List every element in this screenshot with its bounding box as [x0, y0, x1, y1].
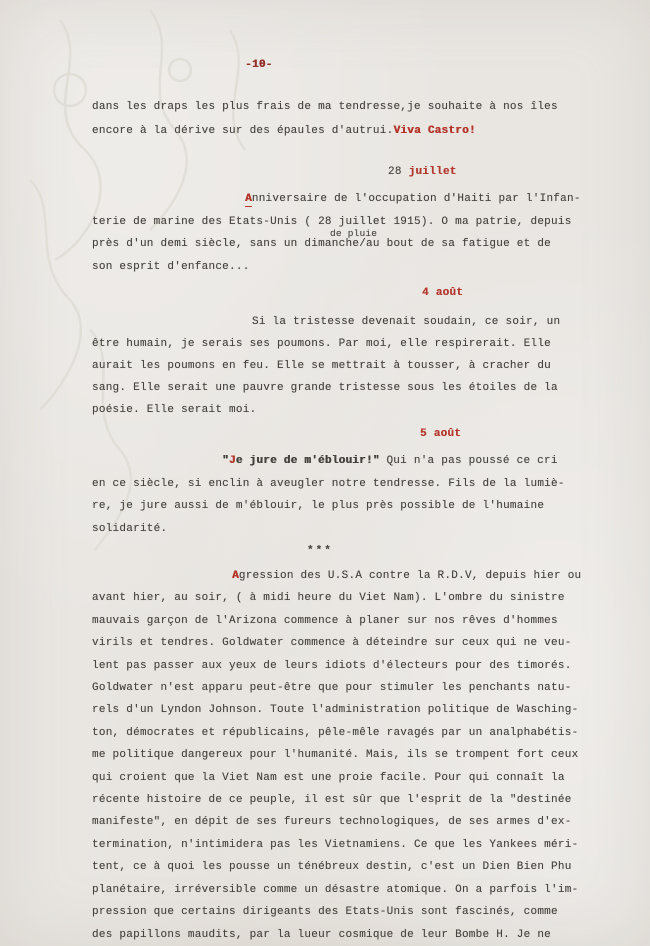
- diary-line: aurait les poumons en feu. Elle se mettr…: [92, 355, 572, 377]
- diary-line: des papillons maudits, par la lueur cosm…: [92, 924, 572, 946]
- diary-line: planétaire, irréversible comme un désast…: [92, 879, 572, 901]
- diary-line: mauvais garçon de l'Arizona commence à p…: [92, 610, 572, 632]
- diary-line: qui croient que la Viet Nam est une proi…: [92, 767, 572, 789]
- date-heading-28-juillet: 28 juillet: [388, 161, 572, 184]
- page-number: -10-: [245, 54, 572, 77]
- diary-line: récente histoire de ce peuple, il est sû…: [92, 789, 572, 811]
- page-content: -10- dans les draps les plus frais de ma…: [0, 0, 650, 946]
- diary-line: Anniversaire de l'occupation d'Haiti par…: [92, 188, 572, 211]
- diary-line: en ce siècle, si enclin à aveugler notre…: [92, 473, 572, 496]
- diary-line: Goldwater n'est apparu peut-être que pou…: [92, 677, 572, 699]
- line-text: encore à la dérive sur des épaules d'aut…: [92, 125, 393, 137]
- diary-line: "Je jure de m'éblouir!" Qui n'a pas pous…: [92, 450, 572, 473]
- entry-paragraph-28-juillet: Anniversaire de l'occupation d'Haiti par…: [92, 188, 572, 278]
- diary-line: Si la tristesse devenait soudain, ce soi…: [92, 311, 572, 333]
- diary-line: avant hier, au soir, ( à midi heure du V…: [92, 587, 572, 609]
- diary-line: lent pas passer aux yeux de leurs idiots…: [92, 655, 572, 677]
- entry-paragraph-4-aout: Si la tristesse devenait soudain, ce soi…: [92, 311, 572, 421]
- diary-line: re, je jure aussi de m'éblouir, le plus …: [92, 495, 572, 518]
- diary-line: manifeste", en dépit de ses fureurs tech…: [92, 811, 572, 833]
- diary-line: tent, ce à quoi les pousse un ténébreux …: [92, 856, 572, 878]
- diary-line: Agression des U.S.A contre la R.D.V, dep…: [92, 565, 572, 587]
- line-text: gression des U.S.A contre la R.D.V, depu…: [239, 570, 582, 582]
- interline-insertion-de-pluie: de pluie: [330, 223, 377, 246]
- diary-line: me politique dangereux pour l'humanité. …: [92, 744, 572, 766]
- diary-line: de pluieprès d'un demi siècle, sans un d…: [92, 233, 572, 256]
- date-heading-4-aout: 4 août: [422, 282, 572, 305]
- entry-paragraph-agression: Agression des U.S.A contre la R.D.V, dep…: [92, 565, 572, 946]
- entry-paragraph-5-aout: "Je jure de m'éblouir!" Qui n'a pas pous…: [92, 450, 572, 540]
- scanned-diary-page: -10- dans les draps les plus frais de ma…: [0, 0, 650, 946]
- diary-line: dans les draps les plus frais de ma tend…: [92, 95, 572, 119]
- diary-line: solidarité.: [92, 518, 572, 541]
- red-initial: A: [245, 193, 252, 207]
- section-separator: ***: [307, 540, 572, 563]
- date-day: 28: [388, 166, 409, 178]
- line-text: nniversaire de l'occupation d'Haiti par …: [252, 193, 581, 205]
- red-initial: A: [232, 570, 239, 582]
- diary-line: pression que certains dirigeants des Eta…: [92, 901, 572, 923]
- viva-castro-text: Viva Castro!: [393, 125, 475, 137]
- diary-line: ton, démocrates et républicains, pêle-mê…: [92, 722, 572, 744]
- diary-line: rels d'un Lyndon Johnson. Toute l'admini…: [92, 699, 572, 721]
- red-initial: J: [229, 455, 236, 467]
- diary-line: poésie. Elle serait moi.: [92, 399, 572, 421]
- line-text: près d'un demi siècle, sans un dimanche/…: [92, 238, 551, 250]
- quote-open: ": [222, 455, 229, 467]
- intro-paragraph: dans les draps les plus frais de ma tend…: [92, 95, 572, 143]
- date-heading-5-aout: 5 août: [420, 423, 572, 446]
- diary-line: termination, n'intimidera pas les Vietna…: [92, 834, 572, 856]
- line-text: Qui n'a pas poussé ce cri: [380, 455, 558, 467]
- diary-line: encore à la dérive sur des épaules d'aut…: [92, 119, 572, 143]
- diary-line: son esprit d'enfance...: [92, 256, 572, 279]
- diary-line: virils et tendres. Goldwater commence à …: [92, 632, 572, 654]
- diary-line: sang. Elle serait une pauvre grande tris…: [92, 377, 572, 399]
- quote-text: e jure de m'éblouir!": [236, 455, 380, 467]
- date-month: juillet: [409, 166, 457, 178]
- diary-line: être humain, je serais ses poumons. Par …: [92, 333, 572, 355]
